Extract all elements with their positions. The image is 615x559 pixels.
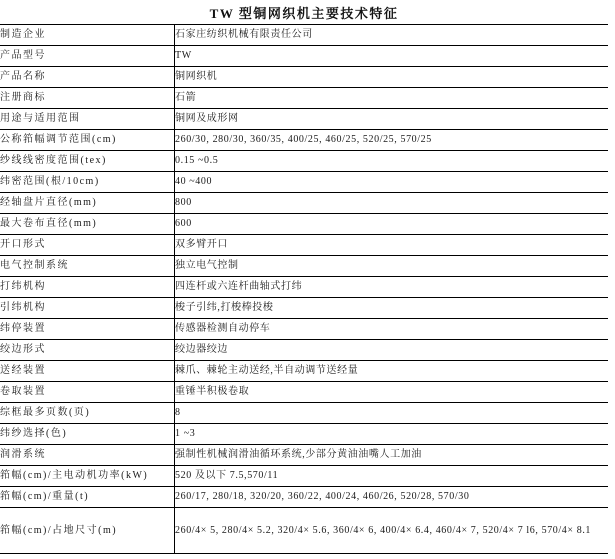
table-row: 润滑系统强制性机械润滑油循环系统,少部分黄油油嘴人工加油 [0, 445, 608, 466]
spec-label: 公称筘幅调节范围(cm) [0, 130, 175, 151]
spec-label: 纬密范围(根/10cm) [0, 172, 175, 193]
table-row: 纱线线密度范围(tex)0.15 ~0.5 [0, 151, 608, 172]
spec-value: 棘爪、棘轮主动送经,半自动调节送经量 [175, 361, 609, 382]
table-row: 绞边形式绞边器绞边 [0, 340, 608, 361]
table-row: 筘幅(cm)/重量(t)260/17, 280/18, 320/20, 360/… [0, 487, 608, 508]
table-row: 经轴盘片直径(mm)800 [0, 193, 608, 214]
spec-value: 600 [175, 214, 609, 235]
table-row: 纬停装置传感器检测自动停车 [0, 319, 608, 340]
spec-table-body: 制造企业石家庄纺织机械有限责任公司产品型号TW产品名称铜网织机注册商标石箭用途与… [0, 25, 608, 554]
spec-label: 润滑系统 [0, 445, 175, 466]
table-row: 用途与适用范围铜网及成形网 [0, 109, 608, 130]
spec-value: 800 [175, 193, 609, 214]
table-row: 纬纱选择(色)1 ~3 [0, 424, 608, 445]
spec-label: 制造企业 [0, 25, 175, 46]
spec-label: 纬纱选择(色) [0, 424, 175, 445]
spec-value: 绞边器绞边 [175, 340, 609, 361]
spec-value: 40 ~400 [175, 172, 609, 193]
spec-label: 卷取装置 [0, 382, 175, 403]
spec-value: TW [175, 46, 609, 67]
spec-label: 引纬机构 [0, 298, 175, 319]
spec-label: 筘幅(cm)/占地尺寸(m) [0, 508, 175, 554]
spec-label: 产品名称 [0, 67, 175, 88]
spec-value: 260/30, 280/30, 360/35, 400/25, 460/25, … [175, 130, 609, 151]
spec-label: 综框最多页数(页) [0, 403, 175, 424]
spec-label: 开口形式 [0, 235, 175, 256]
table-row: 筘幅(cm)/主电动机功率(kW)520 及以下 7.5,570/11 [0, 466, 608, 487]
spec-value: 独立电气控制 [175, 256, 609, 277]
spec-value: 260/4× 5, 280/4× 5.2, 320/4× 5.6, 360/4×… [175, 508, 609, 554]
table-row: 产品型号TW [0, 46, 608, 67]
table-row: 产品名称铜网织机 [0, 67, 608, 88]
spec-value: 铜网及成形网 [175, 109, 609, 130]
table-row: 打纬机构四连杆或六连杆曲轴式打纬 [0, 277, 608, 298]
table-row: 制造企业石家庄纺织机械有限责任公司 [0, 25, 608, 46]
spec-value: 1 ~3 [175, 424, 609, 445]
spec-value: 传感器检测自动停车 [175, 319, 609, 340]
spec-label: 用途与适用范围 [0, 109, 175, 130]
spec-value: 重锤半积极卷取 [175, 382, 609, 403]
spec-label: 送经装置 [0, 361, 175, 382]
spec-table: 制造企业石家庄纺织机械有限责任公司产品型号TW产品名称铜网织机注册商标石箭用途与… [0, 24, 608, 554]
spec-value: 四连杆或六连杆曲轴式打纬 [175, 277, 609, 298]
table-row: 筘幅(cm)/占地尺寸(m)260/4× 5, 280/4× 5.2, 320/… [0, 508, 608, 554]
spec-label: 绞边形式 [0, 340, 175, 361]
spec-value: 双多臂开口 [175, 235, 609, 256]
spec-value: 石家庄纺织机械有限责任公司 [175, 25, 609, 46]
table-row: 注册商标石箭 [0, 88, 608, 109]
spec-value: 260/17, 280/18, 320/20, 360/22, 400/24, … [175, 487, 609, 508]
table-row: 卷取装置重锤半积极卷取 [0, 382, 608, 403]
spec-label: 经轴盘片直径(mm) [0, 193, 175, 214]
spec-value: 石箭 [175, 88, 609, 109]
table-row: 公称筘幅调节范围(cm)260/30, 280/30, 360/35, 400/… [0, 130, 608, 151]
spec-value: 8 [175, 403, 609, 424]
spec-label: 注册商标 [0, 88, 175, 109]
spec-label: 纱线线密度范围(tex) [0, 151, 175, 172]
spec-value: 铜网织机 [175, 67, 609, 88]
spec-value: 0.15 ~0.5 [175, 151, 609, 172]
spec-label: 最大卷布直径(mm) [0, 214, 175, 235]
table-row: 纬密范围(根/10cm)40 ~400 [0, 172, 608, 193]
spec-label: 纬停装置 [0, 319, 175, 340]
spec-value: 梭子引纬,打梭棒投梭 [175, 298, 609, 319]
spec-label: 电气控制系统 [0, 256, 175, 277]
document-page: TW 型铜网织机主要技术特征 制造企业石家庄纺织机械有限责任公司产品型号TW产品… [0, 0, 615, 559]
table-row: 开口形式双多臂开口 [0, 235, 608, 256]
spec-value: 强制性机械润滑油循环系统,少部分黄油油嘴人工加油 [175, 445, 609, 466]
spec-label: 打纬机构 [0, 277, 175, 298]
spec-label: 筘幅(cm)/主电动机功率(kW) [0, 466, 175, 487]
spec-value: 520 及以下 7.5,570/11 [175, 466, 609, 487]
spec-label: 筘幅(cm)/重量(t) [0, 487, 175, 508]
page-title: TW 型铜网织机主要技术特征 [0, 0, 608, 24]
table-row: 送经装置棘爪、棘轮主动送经,半自动调节送经量 [0, 361, 608, 382]
spec-label: 产品型号 [0, 46, 175, 67]
table-row: 综框最多页数(页)8 [0, 403, 608, 424]
table-row: 电气控制系统独立电气控制 [0, 256, 608, 277]
table-row: 引纬机构梭子引纬,打梭棒投梭 [0, 298, 608, 319]
table-row: 最大卷布直径(mm)600 [0, 214, 608, 235]
